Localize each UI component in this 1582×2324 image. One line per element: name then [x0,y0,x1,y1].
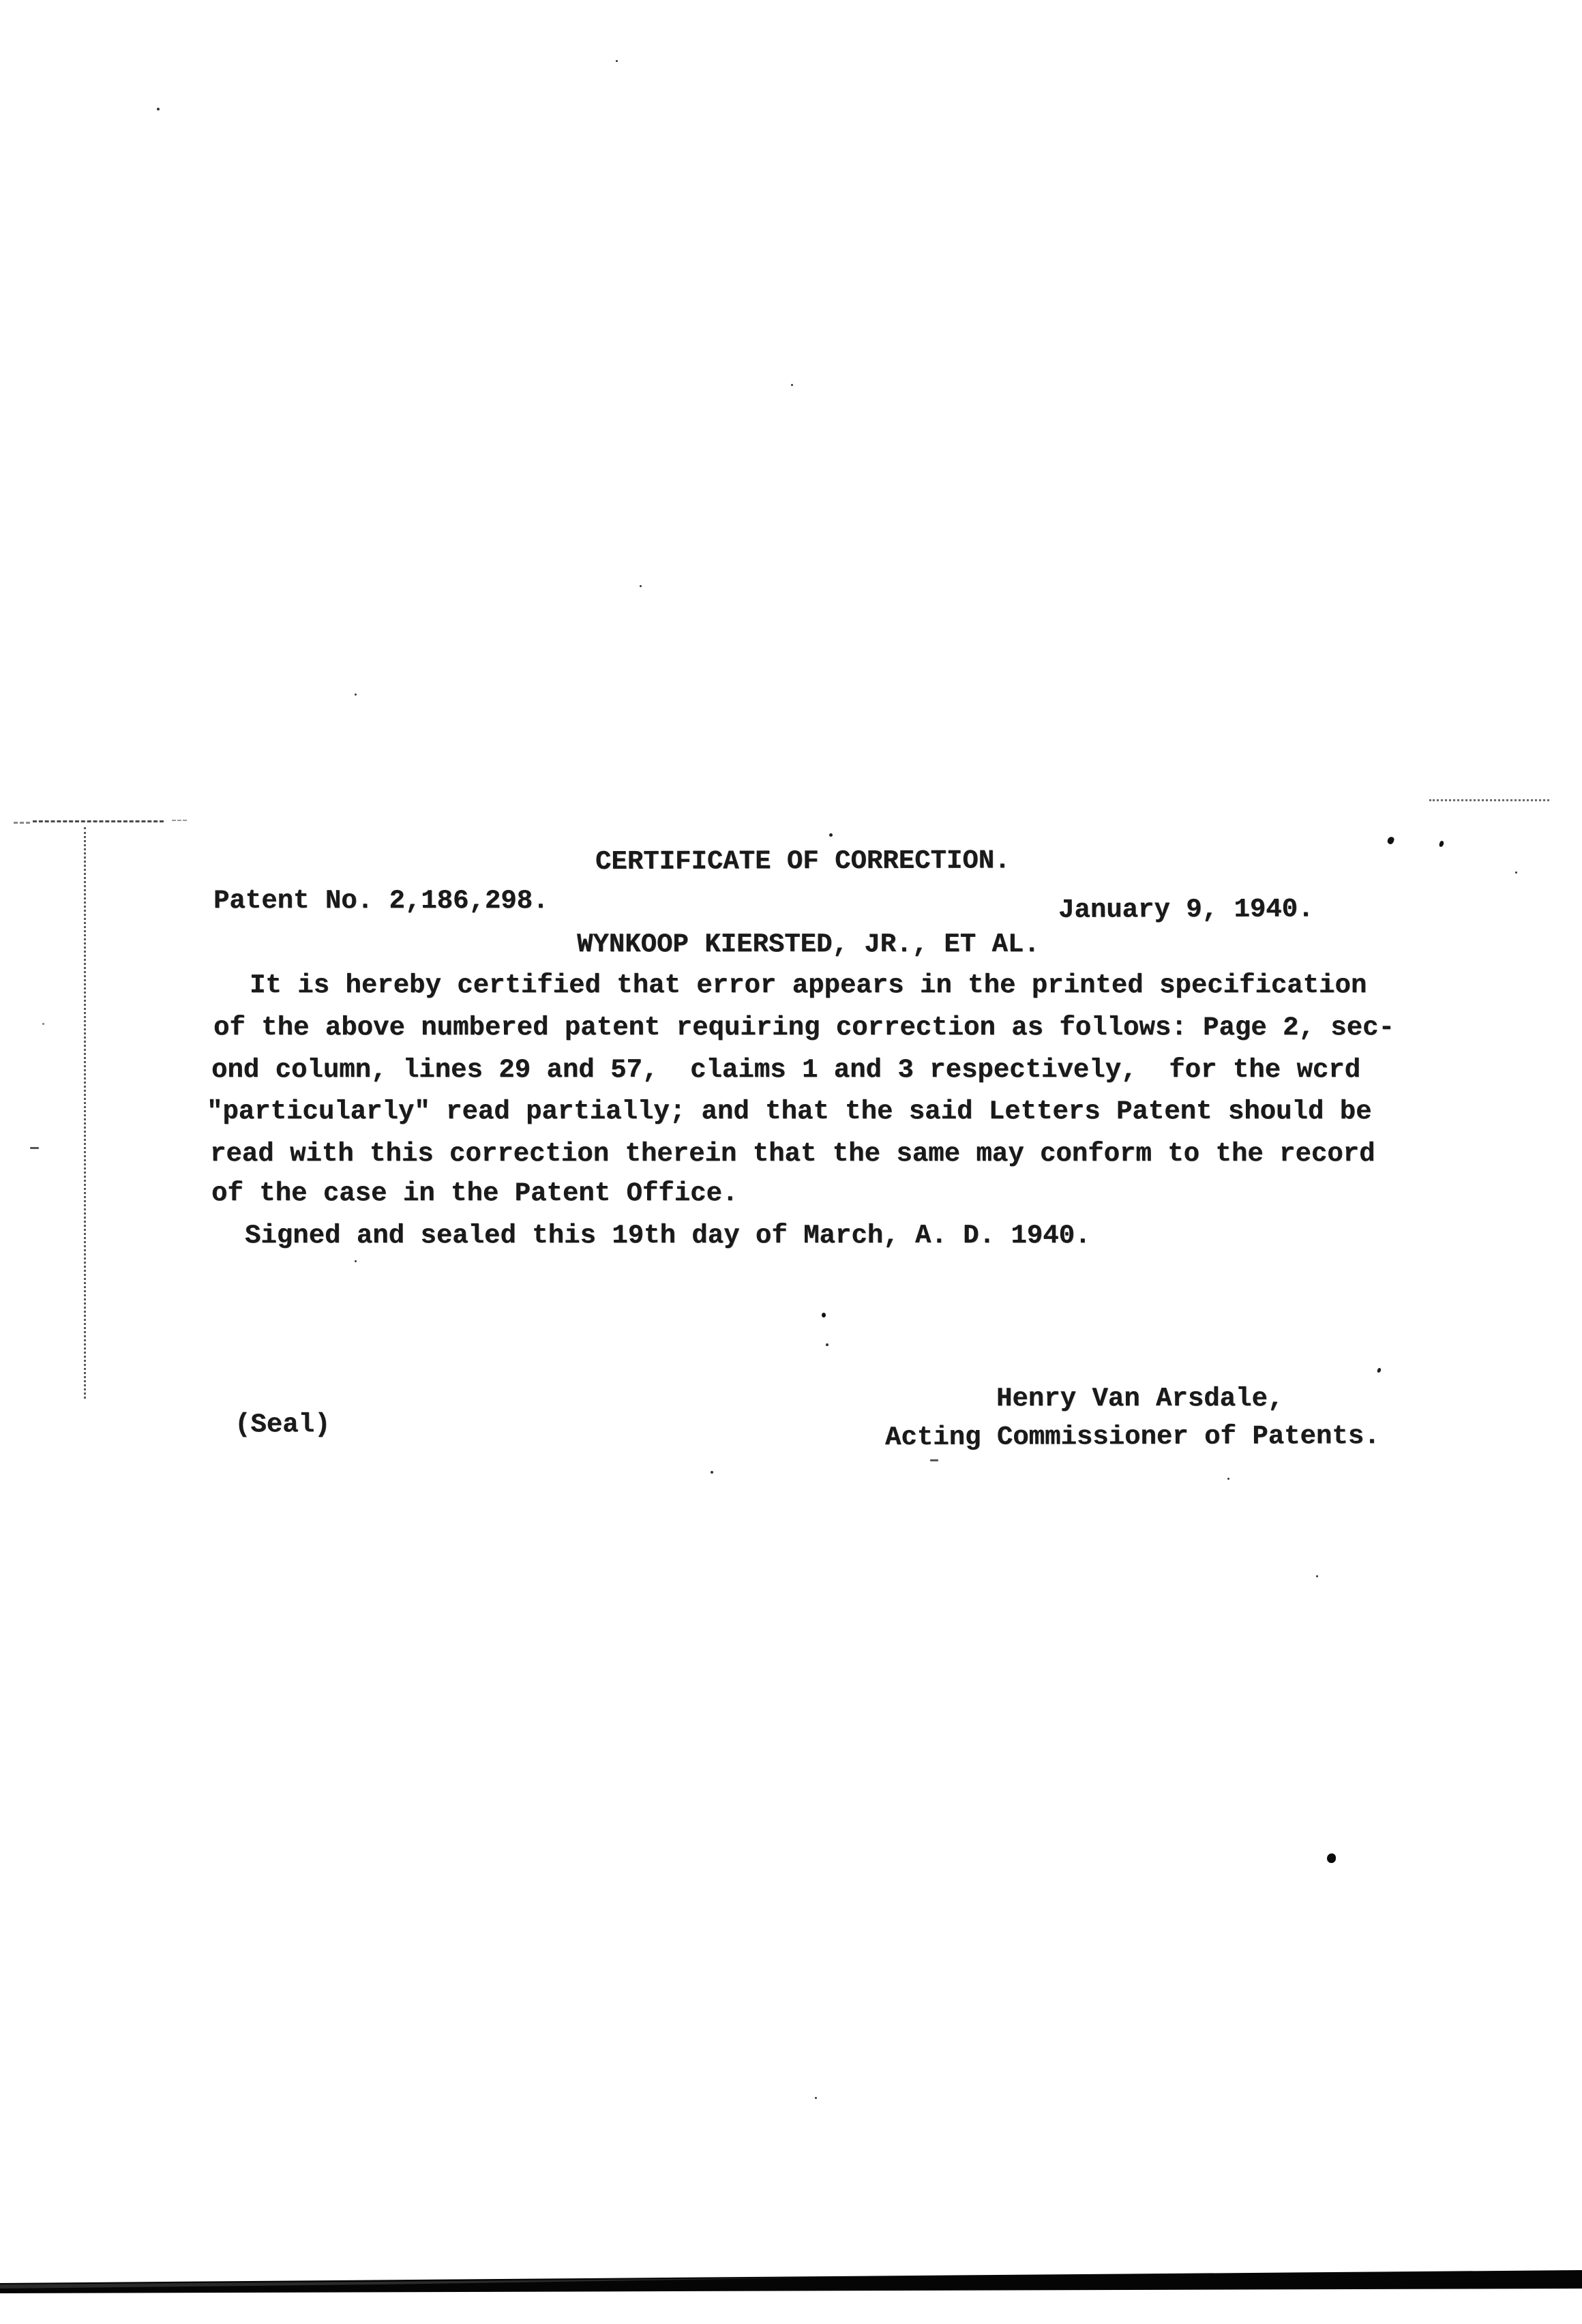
scan-speck [1227,1478,1229,1480]
scan-speck [930,1459,938,1461]
inventors-line: WYNKOOP KIERSTED, JR., ET AL. [577,929,1040,960]
scan-speck [42,1023,44,1025]
grant-date: January 9, 1940. [1058,893,1314,925]
patent-number: Patent No. 2,186,298. [213,885,548,917]
scan-artifact-dotted-line [1429,799,1549,801]
page-title: CERTIFICATE OF CORRECTION. [595,845,1011,878]
scan-speck [355,1260,357,1262]
scan-speck [640,585,642,587]
scan-artifact-dashed-line [33,820,164,822]
scan-speck [616,60,618,62]
scan-artifact-vertical-rule [84,827,86,1399]
scan-speck [822,1313,826,1317]
body-line: It is hereby certified that error appear… [250,970,1367,1001]
scan-artifact-bottom-band [0,2268,1582,2299]
body-line: of the above numbered patent requiring c… [213,1012,1394,1043]
signature-title: Acting Commissioner of Patents. [885,1420,1380,1453]
scan-speck [1439,840,1444,847]
scan-artifact-dashed-line [14,822,30,824]
scan-speck [1316,1575,1318,1577]
scan-artifact-dashed-line [172,820,187,821]
body-line: ond column, lines 29 and 57, claims 1 an… [211,1054,1360,1086]
scan-speck [711,1471,713,1474]
body-line: read with this correction therein that t… [210,1138,1375,1170]
scan-speck [1515,871,1517,874]
scan-speck [1386,836,1394,845]
scan-speck [815,2097,817,2099]
scan-speck [826,1343,829,1346]
scan-speck [1377,1367,1382,1373]
scanned-certificate-page: CERTIFICATE OF CORRECTION. Patent No. 2,… [0,0,1582,2324]
scan-speck [157,108,160,110]
body-line: of the case in the Patent Office. [211,1178,738,1209]
signed-sealed-line: Signed and sealed this 19th day of March… [245,1220,1090,1251]
body-line: "particularly" read partially; and that … [207,1096,1371,1127]
scan-speck [355,694,357,696]
signature-name: Henry Van Arsdale, [996,1383,1283,1414]
scan-speck [829,833,833,837]
scan-speck [30,1147,39,1149]
scan-speck [1327,1853,1336,1863]
seal-label: (Seal) [235,1409,330,1440]
scan-speck [791,384,793,386]
